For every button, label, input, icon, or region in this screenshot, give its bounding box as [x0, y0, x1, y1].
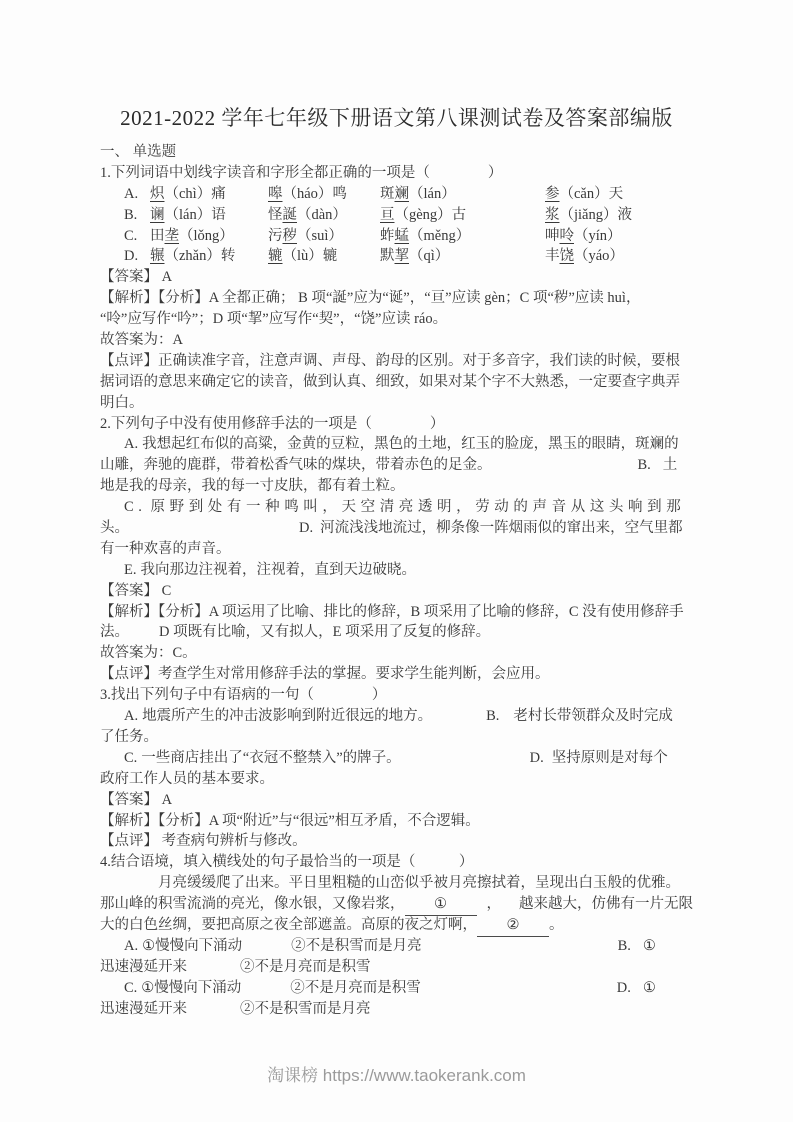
q1-analysis-2: “呤”应写作“吟”；D 项“挈”应写作“契”，“饶”应读 ráo。 [100, 309, 684, 330]
blank-2: ② [477, 915, 549, 937]
q2-option-line-1: A.我想起红布似的高粱，金黄的豆粒，黑色的土地，红玉的脸庞，黑玉的眼睛，斑斓的 [100, 434, 684, 455]
option-word: 呻呤（yín） [545, 226, 684, 247]
text-run: 我向那边注视着，注视着，直到天边破晓。 [140, 562, 416, 578]
underlined-char: 饶 [560, 248, 575, 264]
text-run: （lán） [409, 186, 456, 202]
text-run: （suì） [297, 228, 343, 244]
text-run: A. [124, 938, 138, 954]
text-run: 呻 [545, 228, 560, 244]
option-word: 参（cǎn）天 [545, 184, 684, 205]
text-run: E. [124, 562, 136, 578]
q1-option-b: B.谰（lán）语怪誕（dàn）亘（gèng）古浆（jiǎng）液 [100, 205, 684, 226]
text-run: 【答案】 C [100, 583, 171, 599]
text-run: D 项既有比喻，又有拟人，E 项采用了反复的修辞。 [159, 624, 490, 640]
q2-option-line-5: 头。D.河流浅浅地流过，柳条像一阵烟雨似的窜出来，空气里都 [100, 518, 684, 539]
text-run: 地是我的母亲，我的每一寸皮肤，都有着土粒。 [100, 478, 405, 494]
underlined-char: 浆 [545, 207, 560, 223]
q1-comment-1: 【点评】正确读准字音，注意声调、声母、韵母的区别。对于多音字，我们读的时候，要根 [100, 351, 684, 372]
text-run: ②不是积雪而是月亮 [240, 1001, 371, 1017]
underlined-char: 谰 [150, 207, 165, 223]
q2-option-line-6: 有一种欢喜的声音。 [100, 539, 684, 560]
text-run: ① [643, 980, 656, 996]
text-run: ， [487, 896, 502, 912]
text-run: ① [643, 938, 656, 954]
footer-watermark: 淘课榜 https://www.taokerank.com [0, 1064, 793, 1088]
q1-answer: 【答案】 A [100, 267, 684, 288]
q1-analysis-1: 【解析】【分析】A 全都正确； B 项“誕”应为“诞”，“亘”应读 gèn；C … [100, 288, 684, 309]
text-run: 污 [268, 228, 283, 244]
text-run: B. [638, 457, 651, 473]
text-run: ②不是月亮而是积雪 [240, 959, 371, 975]
text-run: 土 [663, 457, 678, 473]
underlined-char: 炽 [150, 186, 165, 202]
text-run: （qì） [409, 248, 449, 264]
text-run: 【解析】【分析】A 项“附近”与“很远”相互矛盾，不合逻辑。 [100, 813, 480, 829]
q3-comment: 【点评】 考查病句辨析与修改。 [100, 831, 684, 852]
q1-conclusion: 故答案为：A [100, 330, 684, 351]
underlined-char: 亘 [380, 207, 395, 223]
underlined-char: 参 [545, 186, 560, 202]
q3-option-line-2: 了任务。 [100, 727, 684, 748]
text-run: ①慢慢向下涌动 [142, 938, 242, 954]
q2-analysis-1: 【解析】【分析】A 项运用了比喻、排比的修辞，B 项采用了比喻的修辞，C 没有使… [100, 602, 684, 623]
q1-stem: 1.下列词语中划线字读音和字形全都正确的一项是（ ） [100, 163, 684, 184]
text-run: 一些商店挂出了“衣冠不整禁入”的牌子。 [141, 750, 400, 766]
text-run: D. [530, 750, 544, 766]
q1-comment-2: 据词语的意思来确定它的读音，做到认真、细致，如果对某个字不大熟悉，一定要查字典弄 [100, 372, 684, 393]
q4-passage-1: 月亮缓缓爬了出来。平日里粗糙的山峦似乎被月亮擦拭着，呈现出白玉般的优雅。 [100, 873, 684, 894]
q3-analysis: 【解析】【分析】A 项“附近”与“很远”相互矛盾，不合逻辑。 [100, 811, 684, 832]
text-run: 【解析】【分析】A 全都正确； B 项“誕”应为“诞”，“亘”应读 gèn；C … [100, 290, 640, 306]
q1-option-d: D.辗（zhǎn）转辘（lù）辘默挈（qì）丰饶（yáo） [100, 246, 684, 267]
footer-site-link[interactable]: 淘课榜 https://www.taokerank.com [267, 1066, 526, 1085]
text-run: A. [124, 708, 138, 724]
q1-option-c: C.田垄（lǒng）污秽（suì）蚱蜢（měng）呻呤（yín） [100, 226, 684, 247]
underlined-char: 嗥 [268, 186, 283, 202]
q4-option-line-2: 迅速漫延开来②不是月亮而是积雪 [100, 957, 684, 978]
q2-answer: 【答案】 C [100, 581, 684, 602]
text-run: 地震所产生的冲击波影响到附近很远的地方。 [142, 708, 432, 724]
text-run: （chì）痛 [165, 186, 226, 202]
text-run: （yín） [574, 228, 622, 244]
underlined-char: 辘 [268, 248, 283, 264]
q3-option-line-3: C.一些商店挂出了“衣冠不整禁入”的牌子。D.坚持原则是对每个 [100, 748, 684, 769]
text-run: （cǎn）天 [560, 186, 624, 202]
option-word: 默挈（qì） [380, 246, 545, 267]
q2-comment: 【点评】考查学生对常用修辞手法的掌握。要求学生能判断，会应用。 [100, 664, 684, 685]
q2-option-line-2: 山雕，奔驰的鹿群，带着松香气味的煤块，带着赤色的足金。B.土 [100, 455, 684, 476]
text-run: 斑 [380, 186, 395, 202]
q4-option-line-4: 迅速漫延开来②不是积雪而是月亮 [100, 999, 684, 1020]
text-run: A. [124, 436, 138, 452]
option-word: 亘（gèng）古 [380, 205, 545, 226]
text-run: C. [124, 980, 137, 996]
q3-option-line-1: A.地震所产生的冲击波影响到附近很远的地方。B.老村长带领群众及时完成 [100, 706, 684, 727]
q1-option-a: A.炽（chì）痛嗥（háo）鸣斑斓（lán）参（cǎn）天 [100, 184, 684, 205]
document-page: 2021-2022 学年七年级下册语文第八课测试卷及答案部编版 一、 单选题1.… [0, 0, 793, 1122]
text-run: ②不是月亮而是积雪 [290, 980, 421, 996]
text-run: C. [124, 499, 147, 515]
text-run: 1.下列词语中划线字读音和字形全都正确的一项是（ ） [100, 165, 502, 181]
text-run: 【答案】 A [100, 792, 172, 808]
blank-1: ① [405, 894, 477, 916]
text-run: 月亮缓缓爬了出来。平日里粗糙的山峦似乎被月亮擦拭着，呈现出白玉般的优雅。 [158, 875, 680, 891]
q2-stem: 2.下列句子中没有使用修辞手法的一项是（ ） [100, 414, 684, 435]
q2-option-line-7: E.我向那边注视着，注视着，直到天边破晓。 [100, 560, 684, 581]
q4-option-line-3: C.①慢慢向下涌动②不是月亮而是积雪D.① [100, 978, 684, 999]
text-run: ②不是积雪而是月亮 [291, 938, 422, 954]
text-run: 了任务。 [100, 729, 158, 745]
option-letter: C. [124, 226, 150, 247]
text-run: 大的白色丝绸，要把高原之夜全部遮盖。高原的夜之灯啊， [100, 917, 477, 933]
option-letter: A. [124, 184, 150, 205]
text-run: 蚱 [380, 228, 395, 244]
text-run: （jiǎng）液 [560, 207, 633, 223]
option-word: 浆（jiǎng）液 [545, 205, 684, 226]
option-word: 辗（zhǎn）转 [150, 246, 268, 267]
text-run: 【点评】正确读准字音，注意声调、声母、韵母的区别。对于多音字，我们读的时候，要根 [100, 353, 680, 369]
q4-option-line-1: A.①慢慢向下涌动②不是积雪而是月亮B.① [100, 936, 684, 957]
text-run: 山雕，奔驰的鹿群，带着松香气味的煤块，带着赤色的足金。 [100, 457, 492, 473]
text-run: 3.找出下列句子中有语病的一句（ ） [100, 687, 386, 703]
text-run: ①慢慢向下涌动 [141, 980, 241, 996]
option-letter: D. [124, 246, 150, 267]
text-run: 头。 [100, 520, 129, 536]
text-run: 故答案为：C。 [100, 645, 197, 661]
document-body: 一、 单选题1.下列词语中划线字读音和字形全都正确的一项是（ ）A.炽（chì）… [100, 142, 684, 1019]
underlined-char: 辗 [150, 248, 165, 264]
q1-comment-3: 明白。 [100, 393, 684, 414]
q4-passage-3: 大的白色丝绸，要把高原之夜全部遮盖。高原的夜之灯啊，②。 [100, 915, 684, 936]
underlined-char: 挈 [395, 248, 410, 264]
q3-stem: 3.找出下列句子中有语病的一句（ ） [100, 685, 684, 706]
text-run: 坚持原则是对每个 [552, 750, 668, 766]
option-word: 斑斓（lán） [380, 184, 545, 205]
q2-analysis-2: 法。D 项既有比喻，又有拟人，E 项采用了反复的修辞。 [100, 622, 684, 643]
option-word: 丰饶（yáo） [545, 246, 684, 267]
text-run: 法。 [100, 624, 129, 640]
text-run: （gèng）古 [395, 207, 467, 223]
text-run: （měng） [409, 228, 470, 244]
text-run: 越来越大，仿佛有一片无限 [519, 896, 693, 912]
option-word: 蚱蜢（měng） [380, 226, 545, 247]
text-run: （lù）辘 [283, 248, 338, 264]
text-run: 迅速漫延开来 [100, 959, 187, 975]
underlined-char: 斓 [395, 186, 410, 202]
text-run: D. [299, 520, 313, 536]
text-run: 故答案为：A [100, 332, 183, 348]
text-run: 默 [380, 248, 395, 264]
text-run: 田 [150, 228, 165, 244]
underlined-char: 垄 [165, 228, 180, 244]
document-title: 2021-2022 学年七年级下册语文第八课测试卷及答案部编版 [0, 103, 793, 133]
text-run: （zhǎn）转 [165, 248, 236, 264]
text-run: 一、 单选题 [100, 144, 176, 160]
text-run: 4.结合语境，填入横线处的句子最恰当的一项是（ ） [100, 854, 473, 870]
text-run: 怪 [268, 207, 283, 223]
text-run: （yáo） [574, 248, 624, 264]
text-run: 【解析】【分析】A 项运用了比喻、排比的修辞，B 项采用了比喻的修辞，C 没有使… [100, 604, 684, 620]
text-run: 【点评】 考查病句辨析与修改。 [100, 833, 307, 849]
underlined-char: 呤 [560, 228, 575, 244]
text-run: 那山峰的积雪流淌的亮光，像水银，又像岩浆， [100, 896, 405, 912]
text-run: 我想起红布似的高粱，金黄的豆粒，黑色的土地，红玉的脸庞，黑玉的眼睛，斑斓的 [142, 436, 679, 452]
text-run: 【点评】考查学生对常用修辞手法的掌握。要求学生能判断，会应用。 [100, 666, 550, 682]
option-word: 污秽（suì） [268, 226, 380, 247]
text-run: （lǒng） [179, 228, 234, 244]
option-word: 怪誕（dàn） [268, 205, 380, 226]
underlined-char: 誕 [283, 207, 298, 223]
text-run: C. [124, 750, 137, 766]
text-run: 丰 [545, 248, 560, 264]
option-word: 田垄（lǒng） [150, 226, 268, 247]
q3-option-line-4: 政府工作人员的基本要求。 [100, 769, 684, 790]
text-run: 明白。 [100, 395, 144, 411]
text-run: 老村长带领群众及时完成 [513, 708, 673, 724]
text-run: 据词语的意思来确定它的读音，做到认真、细致，如果对某个字不大熟悉，一定要查字典弄 [100, 374, 680, 390]
text-run: D. [617, 980, 631, 996]
q2-conclusion: 故答案为：C。 [100, 643, 684, 664]
text-run: 。 [549, 917, 564, 933]
option-letter: B. [124, 205, 150, 226]
text-run: 原野到处有一种鸣叫，天空清亮透明，劳动的声音从这头响到那 [151, 499, 686, 515]
text-run: “呤”应写作“吟”；D 项“挈”应写作“契”，“饶”应读 ráo。 [100, 311, 447, 327]
q4-passage-2: 那山峰的积雪流淌的亮光，像水银，又像岩浆，①，越来越大，仿佛有一片无限 [100, 894, 684, 915]
text-run: 政府工作人员的基本要求。 [100, 771, 274, 787]
underlined-char: 蜢 [395, 228, 410, 244]
q3-answer: 【答案】 A [100, 790, 684, 811]
q2-option-line-3: 地是我的母亲，我的每一寸皮肤，都有着土粒。 [100, 476, 684, 497]
text-run: 迅速漫延开来 [100, 1001, 187, 1017]
text-run: B. [618, 938, 631, 954]
text-run: 有一种欢喜的声音。 [100, 541, 231, 557]
text-run: （dàn） [297, 207, 347, 223]
q2-option-line-4: C.原野到处有一种鸣叫，天空清亮透明，劳动的声音从这头响到那 [100, 497, 684, 518]
text-run: 2.下列句子中没有使用修辞手法的一项是（ ） [100, 416, 444, 432]
option-word: 嗥（háo）鸣 [268, 184, 380, 205]
text-run: B. [486, 708, 499, 724]
underlined-char: 秽 [283, 228, 298, 244]
text-run: （háo）鸣 [283, 186, 347, 202]
option-word: 炽（chì）痛 [150, 184, 268, 205]
option-word: 辘（lù）辘 [268, 246, 380, 267]
text-run: （lán）语 [165, 207, 226, 223]
text-run: 河流浅浅地流过，柳条像一阵烟雨似的窜出来，空气里都 [320, 520, 683, 536]
section-heading: 一、 单选题 [100, 142, 684, 163]
q4-stem: 4.结合语境，填入横线处的句子最恰当的一项是（ ） [100, 852, 684, 873]
text-run: 【答案】 A [100, 269, 172, 285]
option-word: 谰（lán）语 [150, 205, 268, 226]
